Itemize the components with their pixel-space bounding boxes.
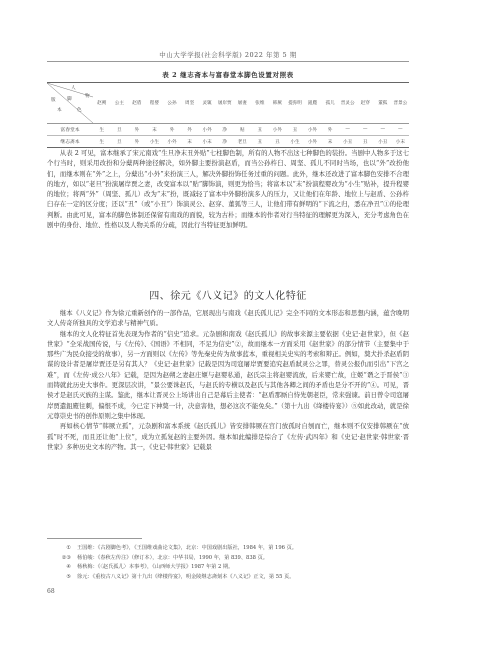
table-cell: 小末 [198, 139, 216, 145]
role-comparison-table: 人 物 版 本 脚 色 赵朔 公主 赵盾 程婴 公孙 周坚 灵辄 屠岸贾 屠妻 … [47, 82, 409, 148]
paragraph-text: 从表 2 可见，富本继承了宋元南戏“生旦净末丑外贴”七柱脚色制，所有的人物不出这… [47, 148, 409, 230]
column-header: 晋景公 [392, 100, 410, 106]
footnote-text: 杨秋梅：《〈赵氏孤儿〉本事考》，《山西师大学报》1987 年第 2 期。 [77, 563, 233, 573]
column-header: 赵朔 [93, 100, 111, 106]
table-cell: 丑 [286, 127, 304, 133]
paragraph-text: 继本《八义记》作为徐元重新创作的一部作品，它展现出与南戏《赵氏孤儿记》完全不同的… [47, 308, 409, 329]
corner-cell: 人 物 版 本 脚 色 [47, 83, 93, 123]
page-number: 68 [47, 588, 55, 595]
row-label: 继志斋本 [47, 138, 93, 145]
footnote-number: ④ [47, 563, 77, 573]
table-cell: 小生 [146, 139, 164, 145]
corner-label-person: 人 [71, 85, 76, 91]
footnote-number: ②③ [47, 554, 77, 564]
running-head: 中山大学学报(社会科学版) 2022 年第 5 期 [47, 50, 409, 59]
footnotes: ① 王国维：《古剧脚色考》，《王国维戏曲论文集》，北京：中国戏剧出版社，1984… [47, 544, 409, 582]
table-cell: 外 [128, 127, 146, 133]
table-cell: 贴 [234, 127, 252, 133]
column-header: 屠妻 [234, 100, 252, 106]
footnote-rule [47, 538, 142, 539]
table-cell: 旦 [111, 127, 129, 133]
table-cell: 外 [128, 139, 146, 145]
table-cell: 小生 [286, 139, 304, 145]
table-cell: 小外 [198, 127, 216, 133]
table-cell: 末 [321, 139, 339, 145]
table-cell: 末 [146, 127, 164, 133]
table-header-row: 人 物 版 本 脚 色 赵朔 公主 赵盾 程婴 公孙 周坚 灵辄 屠岸贾 屠妻 … [47, 83, 409, 124]
footnote-text: 杨伯峻：《春秋左传注》（修订本），北京：中华书局，1990 年，第 839、83… [77, 554, 268, 564]
table-cell: — [356, 127, 374, 132]
body-section-4: 继本《八义记》作为徐元重新创作的一部作品，它展现出与南戏《赵氏孤儿记》完全不同的… [47, 308, 409, 452]
table-cell: 丑 [356, 139, 374, 145]
table-cell: 生 [93, 139, 111, 145]
corner-label-edition: 版 [51, 97, 56, 103]
table-cell: 外 [181, 127, 199, 133]
table-cell: — [339, 127, 357, 132]
header-rule [47, 61, 409, 62]
corner-label-thing: 物 [85, 93, 90, 99]
table-cell: 末 [181, 139, 199, 145]
footnote: ① 王国维：《古剧脚色考》，《王国维戏曲论文集》，北京：中国戏剧出版社，1984… [47, 544, 409, 554]
table-cell: 老旦 [234, 139, 252, 145]
section-heading: 四、徐元《八义记》的文人化特征 [47, 287, 409, 302]
table-title: 表 2 继志斋本与富春堂本脚色设置对照表 [47, 70, 409, 79]
table-cell: 丑 [269, 139, 287, 145]
footnote: ②③ 杨伯峻：《春秋左传注》（修订本），北京：中华书局，1990 年，第 839… [47, 554, 409, 564]
corner-label-ben: 本 [57, 107, 62, 113]
column-header: 程婴 [146, 100, 164, 106]
table-cell: — [374, 127, 392, 132]
footnote-number: ① [47, 544, 77, 554]
column-header: 赵盾 [128, 100, 146, 106]
table-cell: 小外 [163, 139, 181, 145]
table-cell: 外 [321, 127, 339, 133]
table-cell: 小外 [304, 139, 322, 145]
paragraph-text: 再如核心情节“韩厥立孤”，元杂剧和富本系统《赵氏孤儿》皆安排韩厥在宫门放孤时自刎… [47, 421, 409, 452]
column-header: 灵辄 [198, 100, 216, 106]
table-cell: 外 [163, 127, 181, 133]
paragraph-text: 继本的文人化特征首先表现为作者的“信史”追求。元杂剧和南戏《赵氏孤儿》的故事来源… [47, 329, 409, 422]
footnote-number: ⑤ [47, 573, 77, 583]
table-cell: 丑 [251, 139, 269, 145]
column-header: 鉏麑 [304, 100, 322, 106]
footnote: ⑤ 徐元：《重校古八义记》第十九出《绛楼待宴》，明金陵继志斋刻本《八义记》正文，… [47, 573, 409, 583]
table-cell: 小外 [304, 127, 322, 133]
column-header: 公孙 [163, 100, 181, 106]
table-cell: — [392, 127, 410, 132]
column-header: 周坚 [181, 100, 199, 106]
table-row-fuchuntang: 富春堂本 生 旦 外 末 外 外 小外 净 贴 丑 小外 丑 小外 外 — — … [47, 124, 409, 135]
body-paragraph-1: 从表 2 可见，富本继承了宋元南戏“生旦净末丑外贴”七柱脚色制，所有的人物不出这… [47, 148, 409, 230]
table-cell: 小末 [392, 139, 410, 145]
column-header: 屠岸贾 [216, 100, 234, 106]
corner-label-jiao: 脚 [67, 96, 72, 102]
column-header: 张维 [251, 100, 269, 106]
row-label: 富春堂本 [47, 126, 93, 133]
column-header: 韩厥 [269, 100, 287, 106]
column-header: 晋灵公 [339, 100, 357, 106]
footnote-text: 王国维：《古剧脚色考》，《王国维戏曲论文集》，北京：中国戏剧出版社，1984 年… [77, 544, 297, 554]
table-cell: 小外 [269, 127, 287, 133]
table-row-jizhizhai: 继志斋本 生 旦 外 小生 小外 末 小末 净 老旦 丑 丑 小生 小外 末 小… [47, 135, 409, 147]
table-cell: 净 [216, 127, 234, 133]
column-header: 孤儿 [321, 100, 339, 106]
corner-label-se: 色 [77, 107, 82, 113]
column-header: 董狐 [374, 100, 392, 106]
column-header: 赵穿 [356, 100, 374, 106]
column-header: 公主 [111, 100, 129, 106]
table-cell: 生 [93, 127, 111, 133]
table-cell: 丑 [251, 127, 269, 133]
table-cell: 小丑 [374, 139, 392, 145]
table-cell: 旦 [111, 139, 129, 145]
diagonal-lines [47, 83, 93, 123]
column-header: 提弥明 [286, 100, 304, 106]
table-cell: 净 [216, 139, 234, 145]
footnote-text: 徐元：《重校古八义记》第十九出《绛楼待宴》，明金陵继志斋刻本《八义记》正文，第 … [77, 573, 294, 583]
table-cell: 小丑 [339, 139, 357, 145]
footnote: ④ 杨秋梅：《〈赵氏孤儿〉本事考》，《山西师大学报》1987 年第 2 期。 [47, 563, 409, 573]
